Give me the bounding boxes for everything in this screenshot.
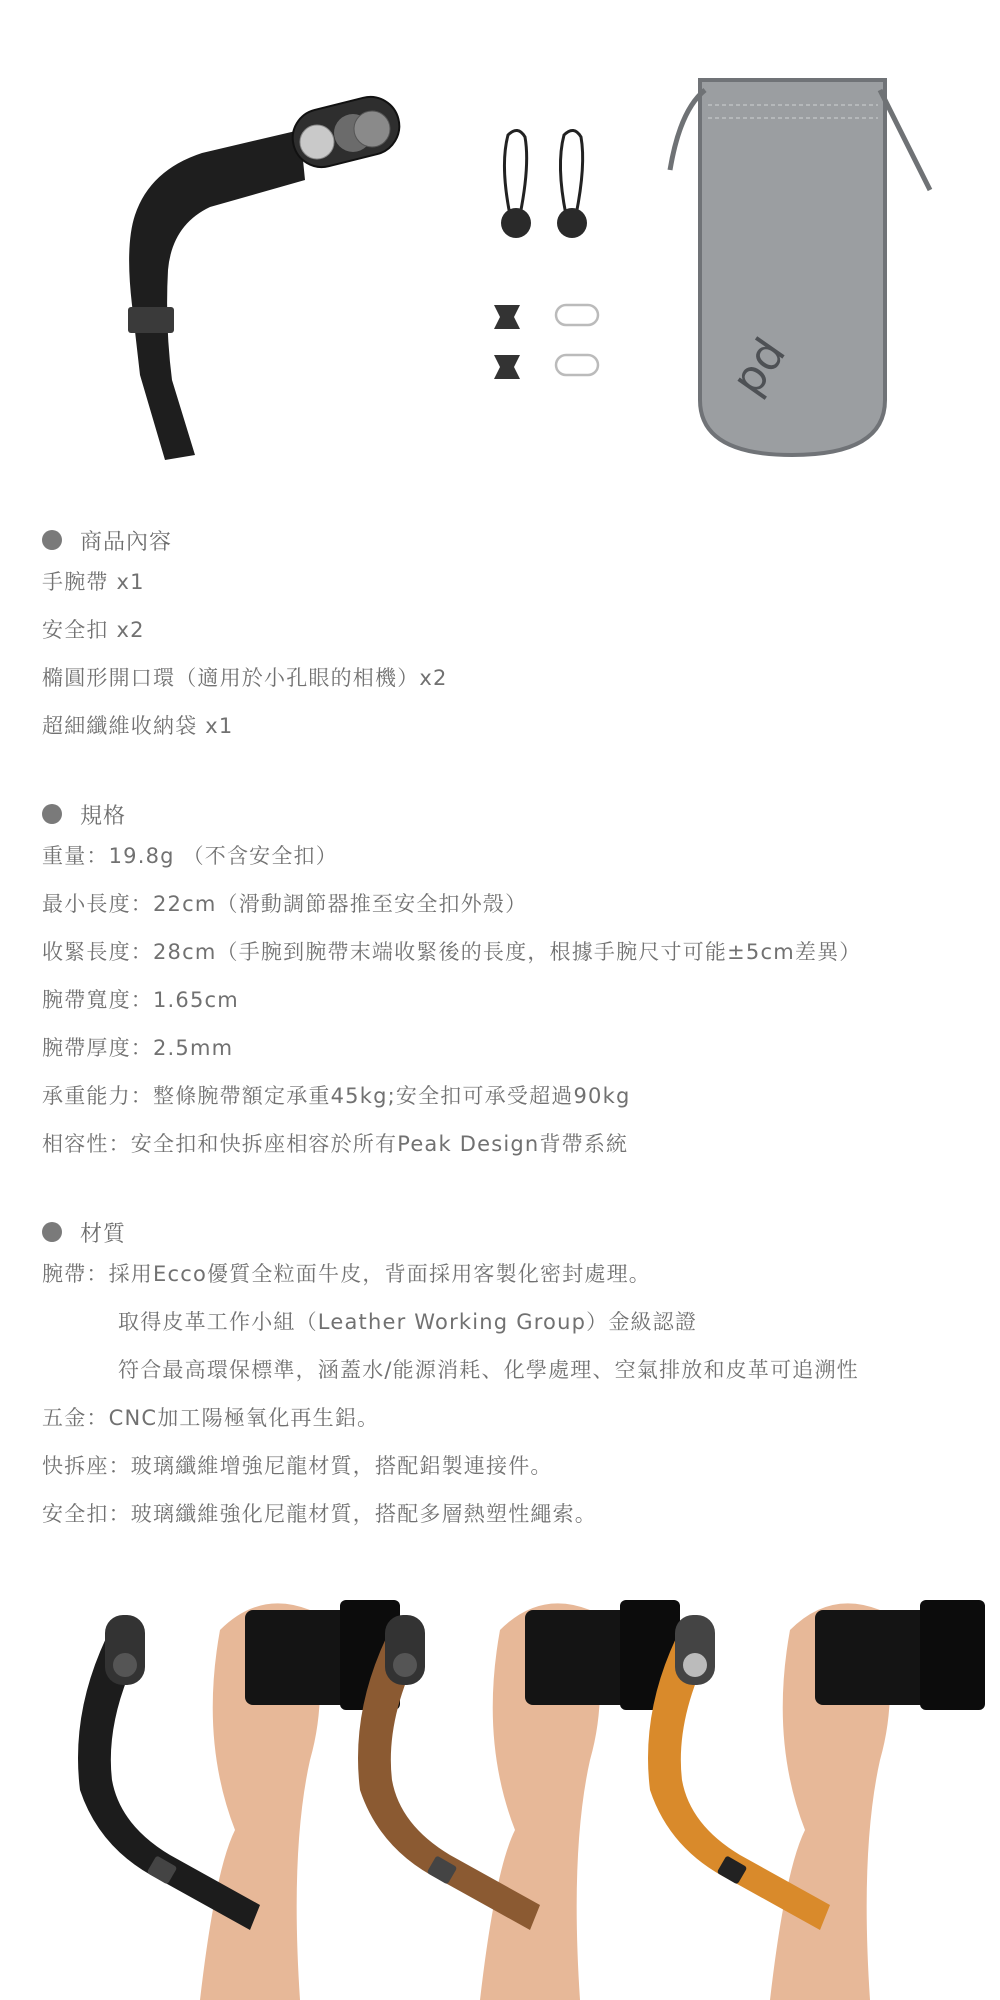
spec-thickness: 腕帶厚度：2.5mm <box>42 1024 992 1072</box>
spec-compatibility: 相容性：安全扣和快拆座相容於所有Peak Design背帶系統 <box>42 1120 992 1168</box>
section-title-text: 材質 <box>80 1217 126 1248</box>
section-materials: 材質 腕帶：採用Ecco優質全粒面牛皮，背面採用客製化密封處理。 取得皮革工作小… <box>42 1214 992 1538</box>
material-strap: 腕帶：採用Ecco優質全粒面牛皮，背面採用客製化密封處理。 <box>42 1250 992 1298</box>
spacer <box>42 1168 992 1214</box>
bullet-icon <box>42 1222 62 1242</box>
list-item: 超細纖維收納袋 x1 <box>42 702 992 750</box>
bullet-icon <box>42 530 62 550</box>
wrist-strap-image <box>110 95 410 475</box>
section-contents: 商品內容 手腕帶 x1 安全扣 x2 橢圓形開口環（適用於小孔眼的相機）x2 超… <box>42 522 992 750</box>
section-heading: 材質 <box>42 1214 992 1250</box>
material-base: 快拆座：玻璃纖維增強尼龍材質，搭配鋁製連接件。 <box>42 1442 992 1490</box>
material-strap-cert: 取得皮革工作小組（Leather Working Group）金級認證 <box>42 1298 992 1346</box>
list-item: 手腕帶 x1 <box>42 558 992 606</box>
orange-strap-photo <box>620 1570 1000 2000</box>
spec-load-capacity: 承重能力：整條腕帶額定承重45kg;安全扣可承受超過90kg <box>42 1072 992 1120</box>
microfiber-pouch-image: pd <box>650 70 940 460</box>
spec-min-length: 最小長度：22cm（滑動調節器推至安全扣外殼） <box>42 880 992 928</box>
list-item: 安全扣 x2 <box>42 606 992 654</box>
spec-width: 腕帶寬度：1.65cm <box>42 976 992 1024</box>
color-variants-photo <box>0 1570 1000 2000</box>
section-heading: 商品內容 <box>42 522 992 558</box>
bullet-icon <box>42 804 62 824</box>
product-description: 商品內容 手腕帶 x1 安全扣 x2 橢圓形開口環（適用於小孔眼的相機）x2 超… <box>42 522 992 1538</box>
list-item: 橢圓形開口環（適用於小孔眼的相機）x2 <box>42 654 992 702</box>
anchors-and-rings-image <box>480 125 600 395</box>
material-strap-eco: 符合最高環保標準，涵蓋水/能源消耗、化學處理、空氣排放和皮革可追溯性 <box>42 1346 992 1394</box>
material-hardware: 五金：CNC加工陽極氧化再生鋁。 <box>42 1394 992 1442</box>
section-title-text: 規格 <box>80 799 126 830</box>
material-anchor: 安全扣：玻璃纖維強化尼龍材質，搭配多層熱塑性繩索。 <box>42 1490 992 1538</box>
spacer <box>42 750 992 796</box>
spec-cinched-length: 收緊長度：28cm（手腕到腕帶末端收緊後的長度，根據手腕尺寸可能±5cm差異） <box>42 928 992 976</box>
section-heading: 規格 <box>42 796 992 832</box>
section-title-text: 商品內容 <box>80 525 172 556</box>
section-specs: 規格 重量：19.8g （不含安全扣） 最小長度：22cm（滑動調節器推至安全扣… <box>42 796 992 1168</box>
spec-weight: 重量：19.8g （不含安全扣） <box>42 832 992 880</box>
product-contents-image: pd <box>0 0 1000 500</box>
